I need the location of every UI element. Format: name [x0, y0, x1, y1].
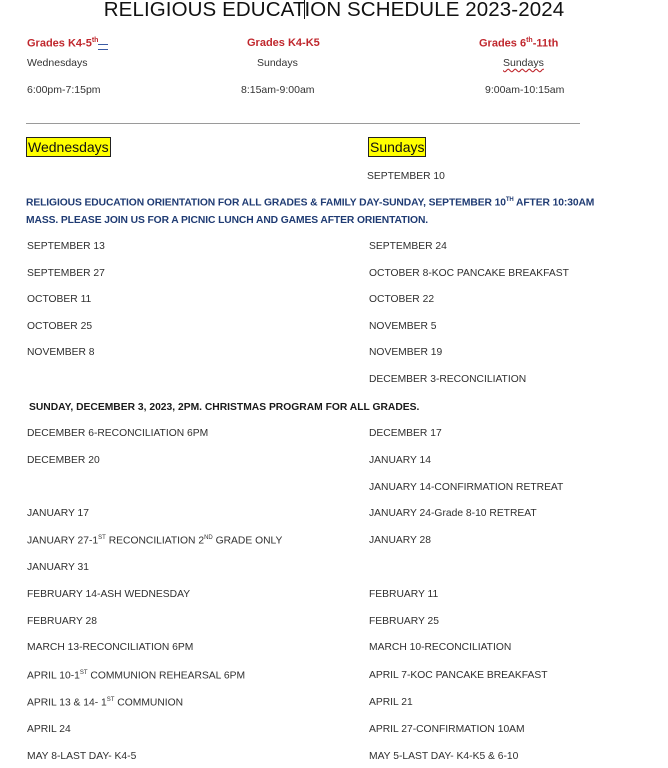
grade-heading-text: Grades K4-5 — [27, 38, 92, 50]
grade-heading-6-11: Grades 6th-11th — [479, 37, 558, 50]
wednesday-date: APRIL 13 & 14- 1ST COMMUNION — [27, 697, 183, 708]
notice-text: AFTER 10:30AM — [514, 197, 595, 208]
date-text: OCTOBER 25 — [27, 321, 92, 332]
wednesday-date: OCTOBER 25 — [27, 321, 92, 332]
date-text: COMMUNION REHEARSAL 6PM — [88, 671, 246, 682]
orientation-notice-line-2: MASS. PLEASE JOIN US FOR A PICNIC LUNCH … — [26, 215, 428, 226]
date-text: JANUARY 27-1 — [27, 536, 98, 547]
sunday-date: JANUARY 14 — [369, 455, 431, 466]
sunday-date: FEBRUARY 11 — [369, 589, 438, 600]
date-text: NOVEMBER 8 — [27, 347, 95, 358]
wednesday-date: MAY 8-LAST DAY- K4-5 — [27, 751, 136, 762]
double-underline-mark — [98, 44, 108, 50]
date-text: COMMUNION — [114, 697, 183, 708]
grade-heading-sup: th — [526, 37, 533, 44]
date-sunday-sep-10: SEPTEMBER 10 — [367, 171, 445, 182]
wednesday-date: SEPTEMBER 27 — [27, 268, 105, 279]
sunday-date: JANUARY 14-CONFIRMATION RETREAT — [369, 482, 563, 493]
wednesday-date: OCTOBER 11 — [27, 294, 91, 305]
sunday-date: NOVEMBER 5 — [369, 321, 437, 332]
sunday-date: NOVEMBER 19 — [369, 347, 442, 358]
date-text: SEPTEMBER 13 — [27, 241, 105, 252]
sunday-date: JANUARY 24-Grade 8-10 RETREAT — [369, 508, 537, 519]
title-text-b: ION SCHEDULE 2023-2024 — [304, 0, 564, 21]
date-text: FEBRUARY 28 — [27, 616, 97, 627]
sunday-date: APRIL 21 — [369, 697, 413, 708]
sunday-date: OCTOBER 8-KOC PANCAKE BREAKFAST — [369, 268, 569, 279]
section-label-wednesdays: Wednesdays — [26, 137, 111, 157]
schedule-time-wednesdays: 6:00pm-7:15pm — [27, 84, 101, 96]
date-text: APRIL 24 — [27, 724, 71, 735]
date-text: APRIL 10-1 — [27, 671, 80, 682]
horizontal-divider — [26, 123, 580, 124]
date-sup: ST — [80, 670, 88, 676]
grade-heading-text: Grades 6 — [479, 38, 526, 50]
sunday-date: OCTOBER 22 — [369, 294, 434, 305]
sunday-date: MAY 5-LAST DAY- K4-K5 & 6-10 — [369, 751, 518, 762]
wednesday-date: JANUARY 17 — [27, 508, 89, 519]
date-text: DECEMBER 6-RECONCILIATION 6PM — [27, 428, 208, 439]
schedule-day-sundays-k4-k5: Sundays — [257, 57, 298, 69]
wednesday-date: DECEMBER 20 — [27, 455, 100, 466]
wednesday-date: JANUARY 27-1ST RECONCILIATION 2ND GRADE … — [27, 535, 282, 546]
schedule-time-sundays-6-11: 9:00am-10:15am — [485, 84, 564, 96]
wednesday-date: SEPTEMBER 13 — [27, 241, 105, 252]
sunday-date: APRIL 7-KOC PANCAKE BREAKFAST — [369, 670, 548, 681]
document-title: RELIGIOUS EDUCATION SCHEDULE 2023-2024 — [0, 0, 668, 22]
wednesday-date: MARCH 13-RECONCILIATION 6PM — [27, 642, 193, 653]
wednesday-date: FEBRUARY 14-ASH WEDNESDAY — [27, 589, 190, 600]
sunday-date: DECEMBER 17 — [369, 428, 442, 439]
grade-heading-k4-5: Grades K4-5th — [27, 37, 108, 50]
date-text: APRIL 13 & 14- 1 — [27, 697, 107, 708]
section-label-sundays: Sundays — [368, 137, 426, 157]
wednesday-date: APRIL 10-1ST COMMUNION REHEARSAL 6PM — [27, 670, 245, 681]
sunday-date: DECEMBER 3-RECONCILIATION — [369, 374, 526, 385]
schedule-time-sundays-k4-k5: 8:15am-9:00am — [241, 84, 315, 96]
grade-heading-suffix: -11th — [533, 38, 559, 50]
schedule-day-sundays-6-11: Sundays — [503, 57, 544, 69]
date-text: MAY 8-LAST DAY- K4-5 — [27, 751, 136, 762]
date-text: JANUARY 17 — [27, 508, 89, 519]
date-text: DECEMBER 20 — [27, 455, 100, 466]
date-text: RECONCILIATION 2 — [106, 536, 204, 547]
sunday-date: SEPTEMBER 24 — [369, 241, 447, 252]
orientation-notice-line-1: RELIGIOUS EDUCATION ORIENTATION FOR ALL … — [26, 197, 594, 208]
date-text: FEBRUARY 14-ASH WEDNESDAY — [27, 589, 190, 600]
christmas-program-notice: SUNDAY, DECEMBER 3, 2023, 2PM. CHRISTMAS… — [29, 402, 419, 413]
wednesday-date: DECEMBER 6-RECONCILIATION 6PM — [27, 428, 208, 439]
title-text-a: RELIGIOUS EDUCAT — [104, 0, 306, 21]
grade-heading-text: Grades K4-K5 — [247, 37, 320, 49]
grade-heading-k4-k5: Grades K4-K5 — [247, 37, 320, 49]
wednesday-date: NOVEMBER 8 — [27, 347, 95, 358]
schedule-day-wednesdays: Wednesdays — [27, 57, 88, 69]
sunday-date: APRIL 27-CONFIRMATION 10AM — [369, 724, 525, 735]
notice-sup: TH — [506, 197, 514, 203]
sunday-date: JANUARY 28 — [369, 535, 431, 546]
date-text: OCTOBER 11 — [27, 294, 91, 305]
sunday-date: MARCH 10-RECONCILIATION — [369, 642, 511, 653]
date-text: JANUARY 31 — [27, 562, 89, 573]
date-sup: ND — [204, 535, 213, 541]
wednesday-date: JANUARY 31 — [27, 562, 89, 573]
sunday-date: FEBRUARY 25 — [369, 616, 439, 627]
date-text: GRADE ONLY — [213, 536, 283, 547]
grade-heading-sup: th — [92, 37, 99, 44]
notice-text: RELIGIOUS EDUCATION ORIENTATION FOR ALL … — [26, 197, 506, 208]
wednesday-date: FEBRUARY 28 — [27, 616, 97, 627]
date-sup: ST — [98, 535, 106, 541]
date-text: MARCH 13-RECONCILIATION 6PM — [27, 642, 193, 653]
wednesday-date: APRIL 24 — [27, 724, 71, 735]
date-text: SEPTEMBER 27 — [27, 268, 105, 279]
